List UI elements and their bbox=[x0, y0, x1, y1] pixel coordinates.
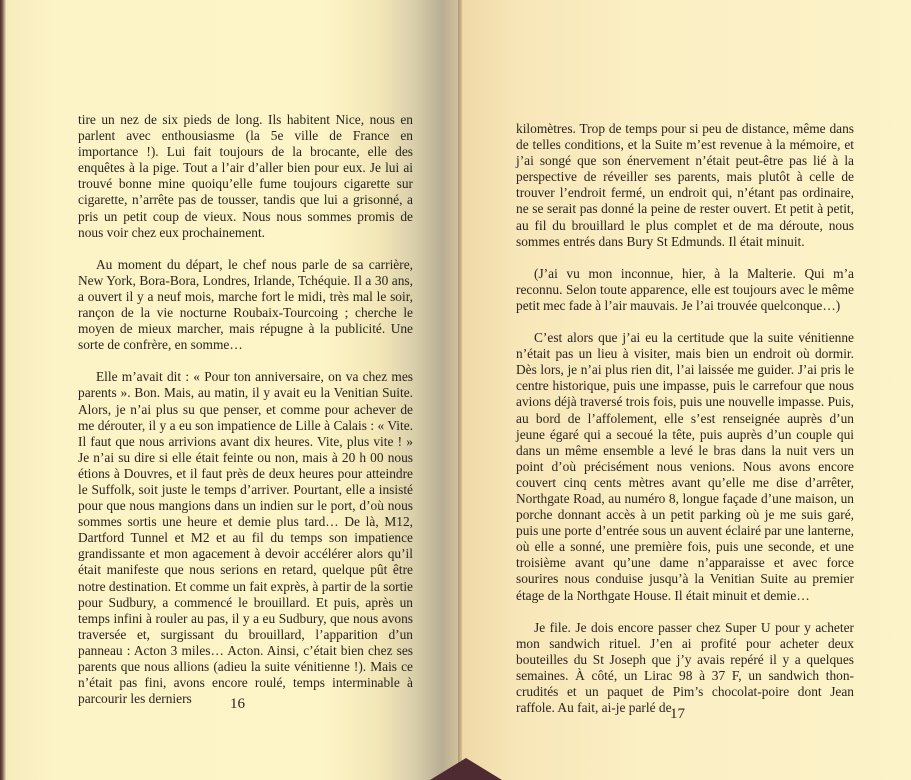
paragraph: (J’ai vu mon inconnue, hier, à la Malter… bbox=[516, 266, 854, 314]
paragraph: Elle m’avait dit : « Pour ton anniversai… bbox=[78, 369, 413, 707]
left-page-text: tire un nez de six pieds de long. Ils ha… bbox=[78, 112, 413, 723]
page-number-right: 17 bbox=[670, 706, 685, 723]
paragraph: Je file. Je dois encore passer chez Supe… bbox=[516, 620, 854, 717]
paragraph: kilomètres. Trop de temps pour si peu de… bbox=[516, 121, 854, 250]
book-cover-corner bbox=[430, 758, 502, 780]
page-number-left: 16 bbox=[230, 696, 245, 713]
right-page-text: kilomètres. Trop de temps pour si peu de… bbox=[516, 121, 854, 732]
paragraph: Au moment du départ, le chef nous parle … bbox=[78, 257, 413, 354]
paragraph: tire un nez de six pieds de long. Ils ha… bbox=[78, 112, 413, 241]
paragraph: C’est alors que j’ai eu la certitude que… bbox=[516, 330, 854, 604]
open-book-spread: tire un nez de six pieds de long. Ils ha… bbox=[0, 0, 911, 780]
